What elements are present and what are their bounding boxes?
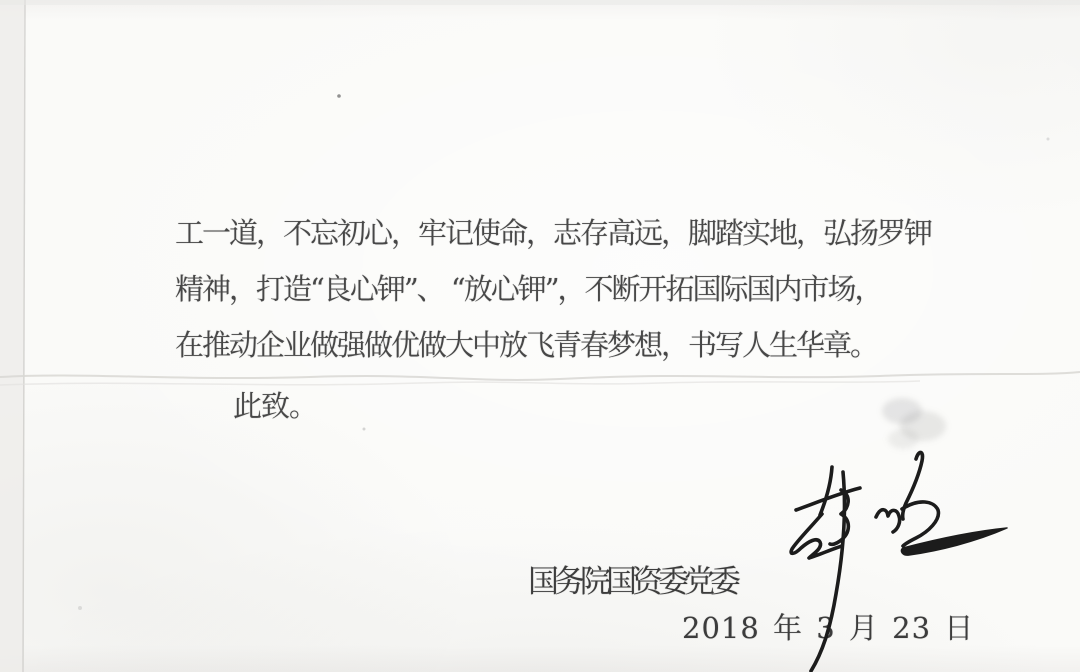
paper-edge-strip — [0, 0, 24, 672]
dust-speck — [78, 606, 82, 610]
dust-speck — [1047, 138, 1050, 141]
body-line-1: 工一道，不忘初心，牢记使命，志存高远，脚踏实地，弘扬罗钾 — [175, 216, 931, 250]
fold-crease-echo — [0, 381, 920, 385]
top-edge-shadow — [0, 0, 1080, 5]
paper-smudge — [888, 429, 918, 449]
dust-speck — [363, 428, 366, 431]
signer-organization: 国务院国资委党委 — [528, 556, 736, 601]
dust-speck — [337, 94, 341, 98]
fold-crease-line — [0, 372, 1080, 380]
scanned-letter-page: 工一道，不忘初心，牢记使命，志存高远，脚踏实地，弘扬罗钾 精神，打造“良心钾”、… — [0, 0, 1080, 672]
body-line-3: 在推动企业做强做优做大中放飞青春梦想，书写人生华章。 — [175, 328, 877, 362]
date-line: 2018 年 3 月 23 日 — [682, 606, 974, 647]
body-line-2: 精神，打造“良心钾”、 “放心钾”，不断开拓国际国内市场， — [175, 272, 882, 306]
paper-edge-line — [23, 0, 25, 672]
closing-phrase: 此致。 — [233, 384, 317, 425]
